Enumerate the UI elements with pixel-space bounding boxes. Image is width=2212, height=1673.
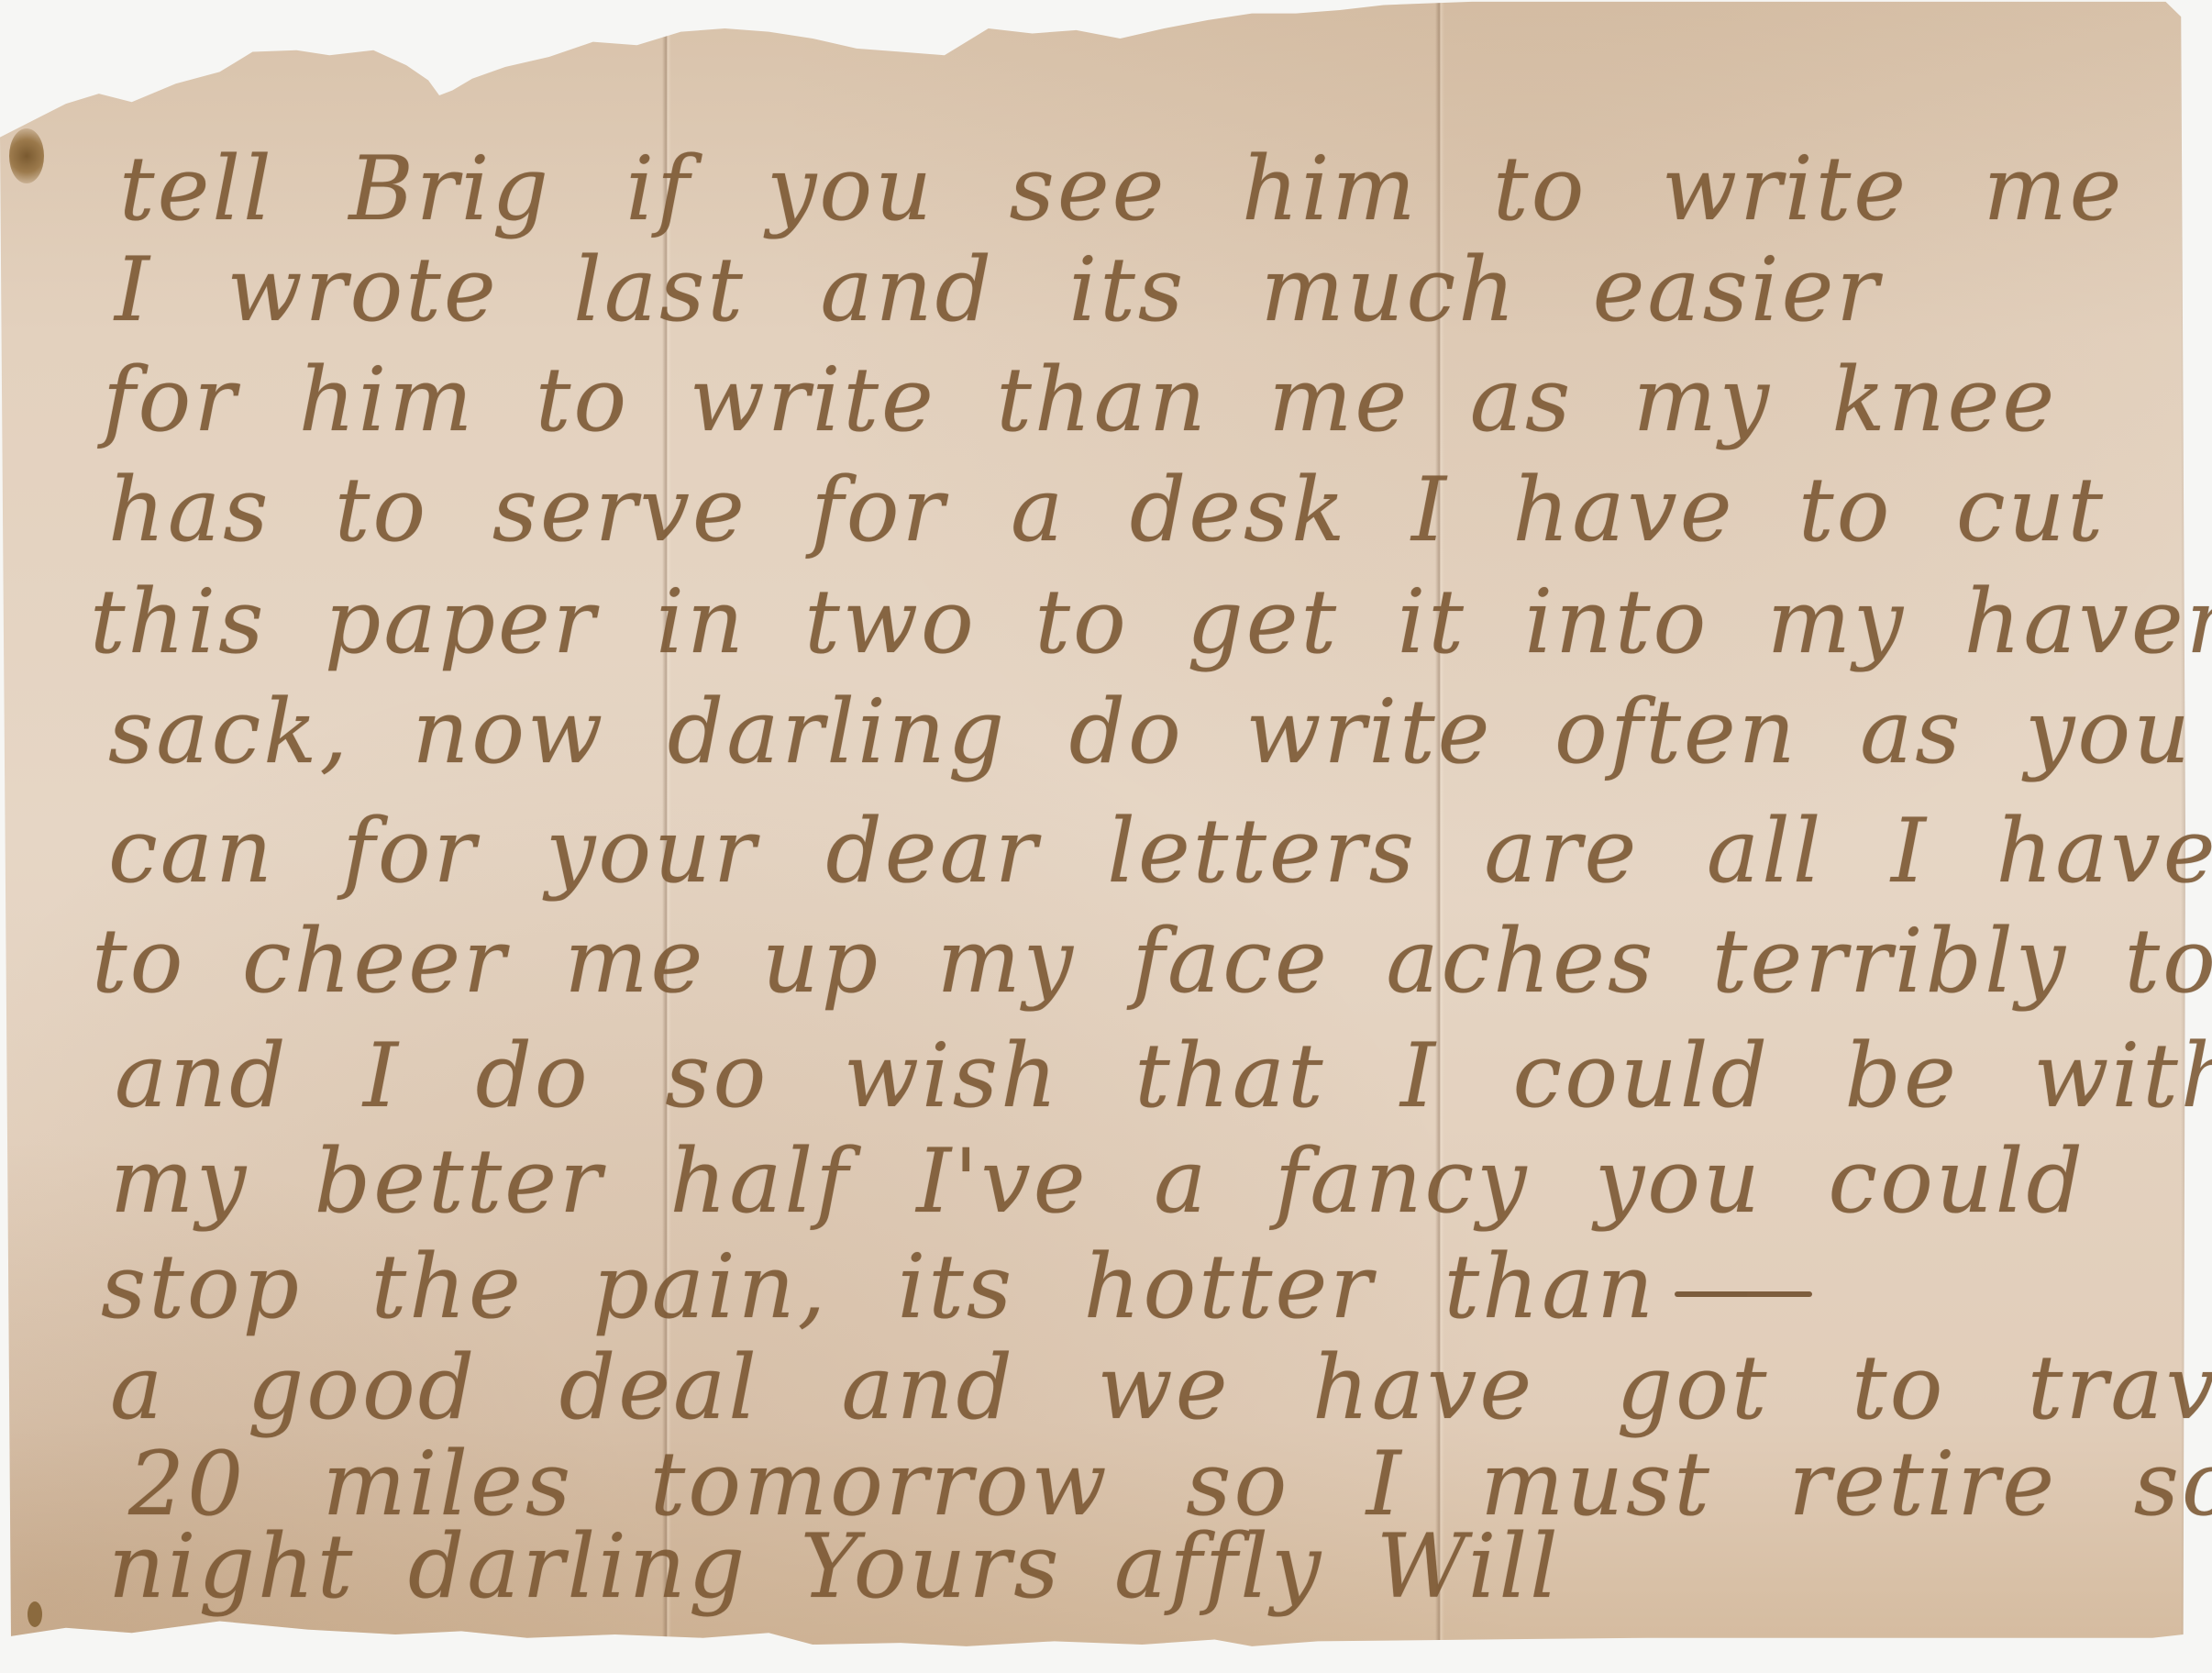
letter-line: and I do so wish that I could be with [115,1032,2212,1120]
letter-line: sack, now darling do write often as you [108,688,2193,776]
letter-line: can for your dear letters are all I have [108,807,2212,895]
letter-scan: tell Brig if you see him to write me I w… [0,0,2212,1673]
letter-line: has to serve for a desk I have to cut [108,466,2106,554]
letter-closing-signature: night darling Yours affly Will [108,1523,1561,1611]
letter-line: I wrote last and its much easier [115,246,1881,334]
letter-line: to cheer me up my face aches terribly to… [92,917,2212,1005]
letter-line: this paper in two to get it into my have… [90,578,2212,666]
letter-line: tell Brig if you see him to write me [119,145,2124,233]
letter-line: for him to write than me as my knee [103,356,2057,444]
letter-line-text: stop the pain, its hotter than [101,1235,1656,1338]
letter-body: tell Brig if you see him to write me I w… [0,0,2212,1673]
letter-line: stop the pain, its hotter than [101,1243,1812,1331]
underline-dash-mark [1675,1291,1812,1297]
letter-line: a good deal and we have got to trave [110,1344,2212,1432]
letter-line: my better half I've a fancy you could [110,1137,2085,1225]
